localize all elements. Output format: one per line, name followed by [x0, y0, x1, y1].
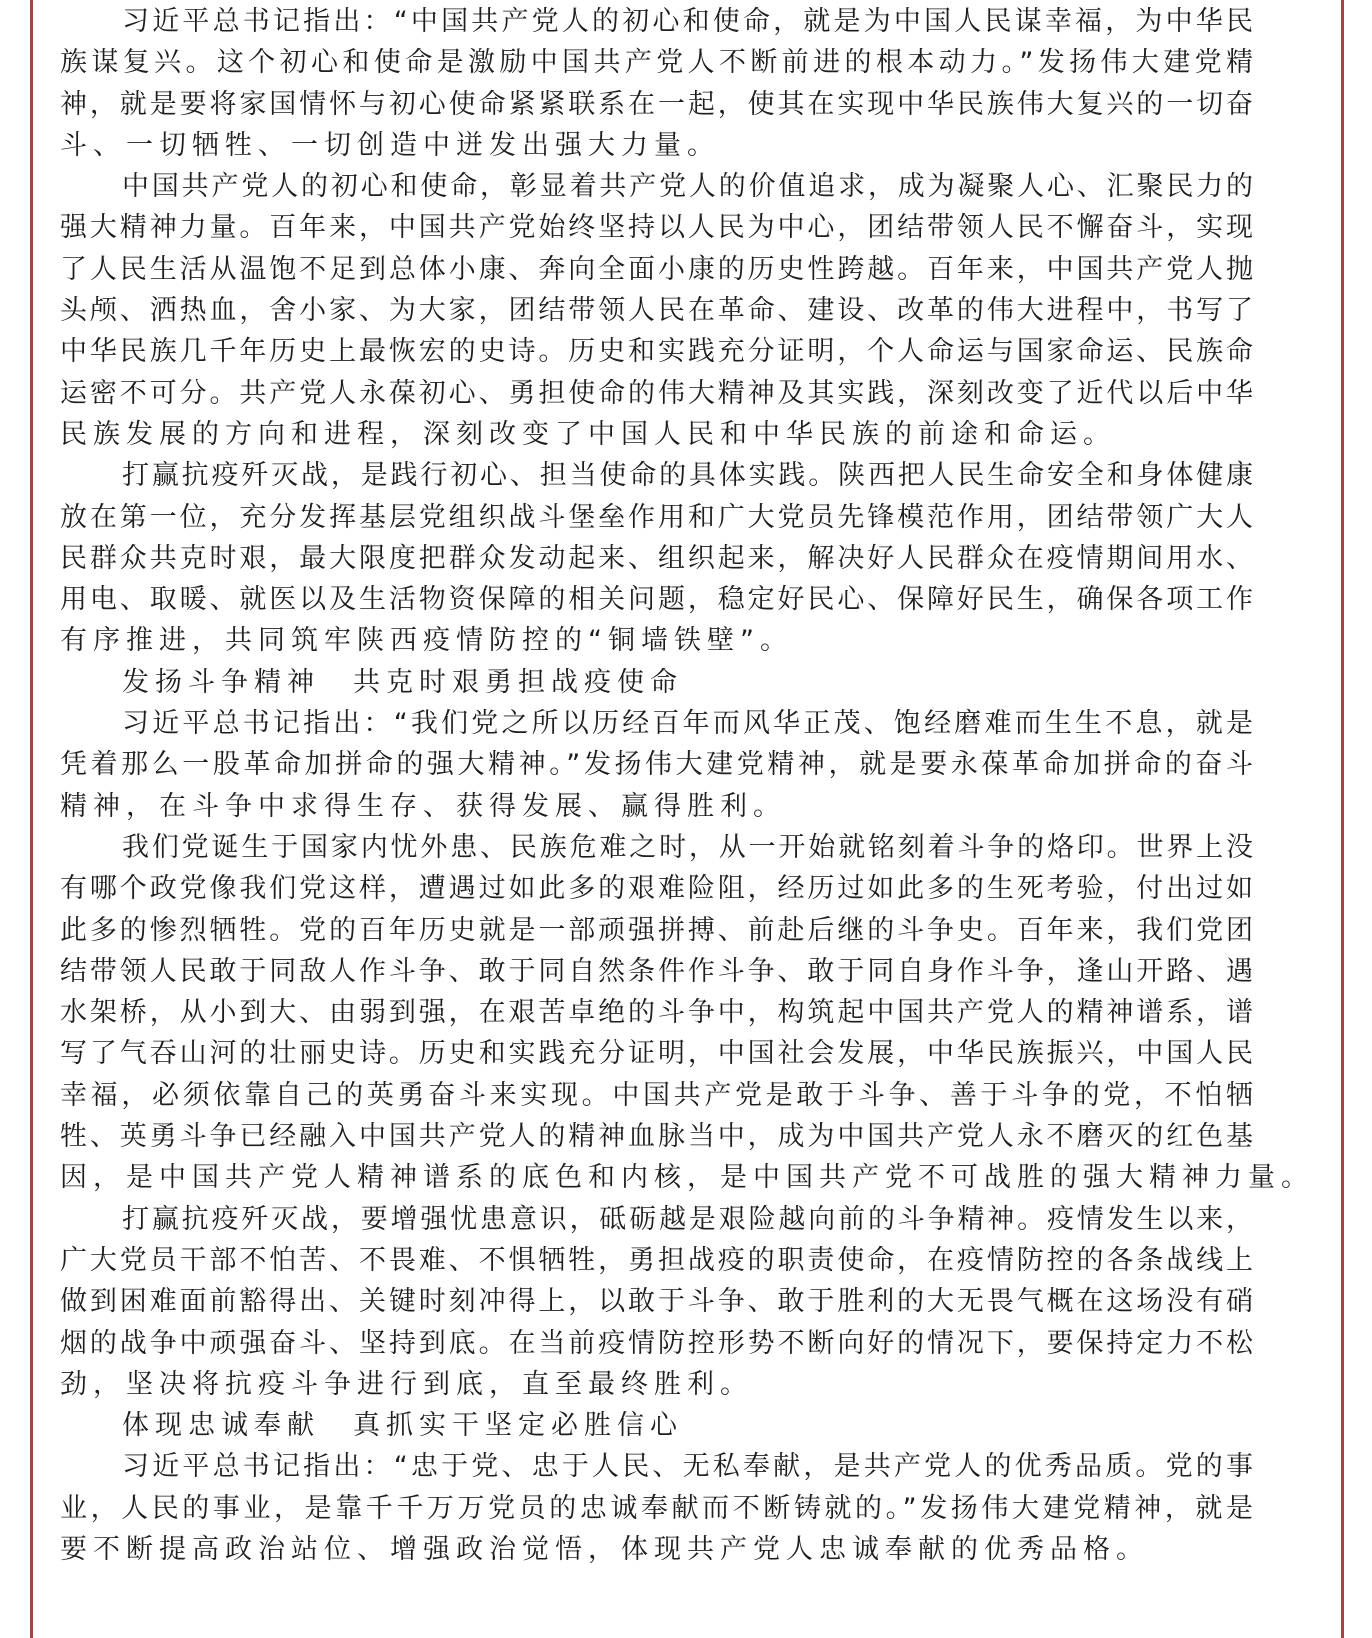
text-line: 水架桥，从小到大、由弱到强，在艰苦卓绝的斗争中，构筑起中国共产党人的精神谱系，谱	[60, 992, 1253, 1033]
text-line: 中华民族几千年历史上最恢宏的史诗。历史和实践充分证明，个人命运与国家命运、民族命	[60, 331, 1253, 372]
text-line: 有序推进，共同筑牢陕西疫情防控的“铜墙铁壁”。	[60, 620, 1253, 661]
text-line: 习近平总书记指出：“我们党之所以历经百年而风华正茂、饱经磨难而生生不息，就是	[60, 703, 1253, 744]
paragraph: 我们党诞生于国家内忧外患、民族危难之时，从一开始就铭刻着斗争的烙印。世界上没有哪…	[60, 827, 1260, 1199]
text-line: 族谋复兴。这个初心和使命是激励中国共产党人不断前进的根本动力。”发扬伟大建党精	[60, 42, 1253, 83]
text-line: 凭着那么一股革命加拼命的强大精神。”发扬伟大建党精神，就是要永葆革命加拼命的奋斗	[60, 744, 1253, 785]
text-line: 头颅、洒热血，舍小家、为大家，团结带领人民在革命、建设、改革的伟大进程中，书写了	[60, 290, 1253, 331]
text-line: 放在第一位，充分发挥基层党组织战斗堡垒作用和广大党员先锋模范作用，团结带领广大人	[60, 497, 1253, 538]
text-line: 斗、一切牺牲、一切创造中迸发出强大力量。	[60, 125, 1253, 166]
text-line: 强大精神力量。百年来，中国共产党始终坚持以人民为中心，团结带领人民不懈奋斗，实现	[60, 207, 1253, 248]
paragraph: 习近平总书记指出：“我们党之所以历经百年而风华正茂、饱经磨难而生生不息，就是凭着…	[60, 703, 1260, 827]
section-heading: 体现忠诚奉献 真抓实干坚定必胜信心	[60, 1405, 1260, 1446]
text-line: 做到困难面前豁得出、关键时刻冲得上，以敢于斗争、敢于胜利的大无畏气概在这场没有硝	[60, 1281, 1253, 1322]
article-body: 习近平总书记指出：“中国共产党人的初心和使命，就是为中国人民谋幸福，为中华民族谋…	[60, 1, 1260, 1570]
text-line: 打赢抗疫歼灭战，是践行初心、担当使命的具体实践。陕西把人民生命安全和身体健康	[60, 455, 1253, 496]
text-line: 结带领人民敢于同敌人作斗争、敢于同自然条件作斗争、敢于同自身作斗争，逢山开路、遇	[60, 951, 1253, 992]
paragraph: 习近平总书记指出：“中国共产党人的初心和使命，就是为中国人民谋幸福，为中华民族谋…	[60, 1, 1260, 166]
text-line: 习近平总书记指出：“中国共产党人的初心和使命，就是为中国人民谋幸福，为中华民	[60, 1, 1253, 42]
section-heading: 发扬斗争精神 共克时艰勇担战疫使命	[60, 662, 1260, 703]
text-line: 此多的惨烈牺牲。党的百年历史就是一部顽强拼搏、前赴后继的斗争史。百年来，我们党团	[60, 910, 1253, 951]
text-line: 民群众共克时艰，最大限度把群众发动起来、组织起来，解决好人民群众在疫情期间用水、	[60, 538, 1253, 579]
text-line: 业，人民的事业，是靠千千万万党员的忠诚奉献而不断铸就的。”发扬伟大建党精神，就是	[60, 1488, 1253, 1529]
text-line: 神，就是要将家国情怀与初心使命紧紧联系在一起，使其在实现中华民族伟大复兴的一切奋	[60, 84, 1253, 125]
paragraph: 打赢抗疫歼灭战，要增强忧患意识，砥砺越是艰险越向前的斗争精神。疫情发生以来，广大…	[60, 1199, 1260, 1405]
text-line: 民族发展的方向和进程，深刻改变了中国人民和中华民族的前途和命运。	[60, 414, 1253, 455]
text-line: 要不断提高政治站位、增强政治觉悟，体现共产党人忠诚奉献的优秀品格。	[60, 1529, 1253, 1570]
text-line: 中国共产党人的初心和使命，彰显着共产党人的价值追求，成为凝聚人心、汇聚民力的	[60, 166, 1253, 207]
text-line: 劲，坚决将抗疫斗争进行到底，直至最终胜利。	[60, 1364, 1253, 1405]
right-border	[1341, 0, 1344, 1638]
text-line: 广大党员干部不怕苦、不畏难、不惧牺牲，勇担战疫的职责使命，在疫情防控的各条战线上	[60, 1240, 1253, 1281]
text-line: 有哪个政党像我们党这样，遭遇过如此多的艰难险阻，经历过如此多的生死考验，付出过如	[60, 868, 1253, 909]
paragraph: 习近平总书记指出：“忠于党、忠于人民、无私奉献，是共产党人的优秀品质。党的事业，…	[60, 1446, 1260, 1570]
text-line: 用电、取暖、就医以及生活物资保障的相关问题，稳定好民心、保障好民生，确保各项工作	[60, 579, 1253, 620]
text-line: 精神，在斗争中求得生存、获得发展、赢得胜利。	[60, 786, 1253, 827]
text-line: 运密不可分。共产党人永葆初心、勇担使命的伟大精神及其实践，深刻改变了近代以后中华	[60, 373, 1253, 414]
text-line: 我们党诞生于国家内忧外患、民族危难之时，从一开始就铭刻着斗争的烙印。世界上没	[60, 827, 1253, 868]
text-line: 打赢抗疫歼灭战，要增强忧患意识，砥砺越是艰险越向前的斗争精神。疫情发生以来，	[60, 1199, 1253, 1240]
heading-text: 体现忠诚奉献 真抓实干坚定必胜信心	[60, 1405, 1253, 1446]
text-line: 写了气吞山河的壮丽史诗。历史和实践充分证明，中国社会发展，中华民族振兴，中国人民	[60, 1033, 1253, 1074]
left-border	[30, 0, 33, 1638]
text-line: 因，是中国共产党人精神谱系的底色和内核，是中国共产党不可战胜的强大精神力量。	[60, 1157, 1253, 1198]
text-line: 牲、英勇斗争已经融入中国共产党人的精神血脉当中，成为中国共产党人永不磨灭的红色基	[60, 1116, 1253, 1157]
heading-text: 发扬斗争精神 共克时艰勇担战疫使命	[60, 662, 1253, 703]
text-line: 习近平总书记指出：“忠于党、忠于人民、无私奉献，是共产党人的优秀品质。党的事	[60, 1446, 1253, 1487]
paragraph: 打赢抗疫歼灭战，是践行初心、担当使命的具体实践。陕西把人民生命安全和身体健康放在…	[60, 455, 1260, 661]
text-line: 烟的战争中顽强奋斗、坚持到底。在当前疫情防控形势不断向好的情况下，要保持定力不松	[60, 1323, 1253, 1364]
text-line: 了人民生活从温饱不足到总体小康、奔向全面小康的历史性跨越。百年来，中国共产党人抛	[60, 249, 1253, 290]
text-line: 幸福，必须依靠自己的英勇奋斗来实现。中国共产党是敢于斗争、善于斗争的党，不怕牺	[60, 1075, 1253, 1116]
paragraph: 中国共产党人的初心和使命，彰显着共产党人的价值追求，成为凝聚人心、汇聚民力的强大…	[60, 166, 1260, 455]
